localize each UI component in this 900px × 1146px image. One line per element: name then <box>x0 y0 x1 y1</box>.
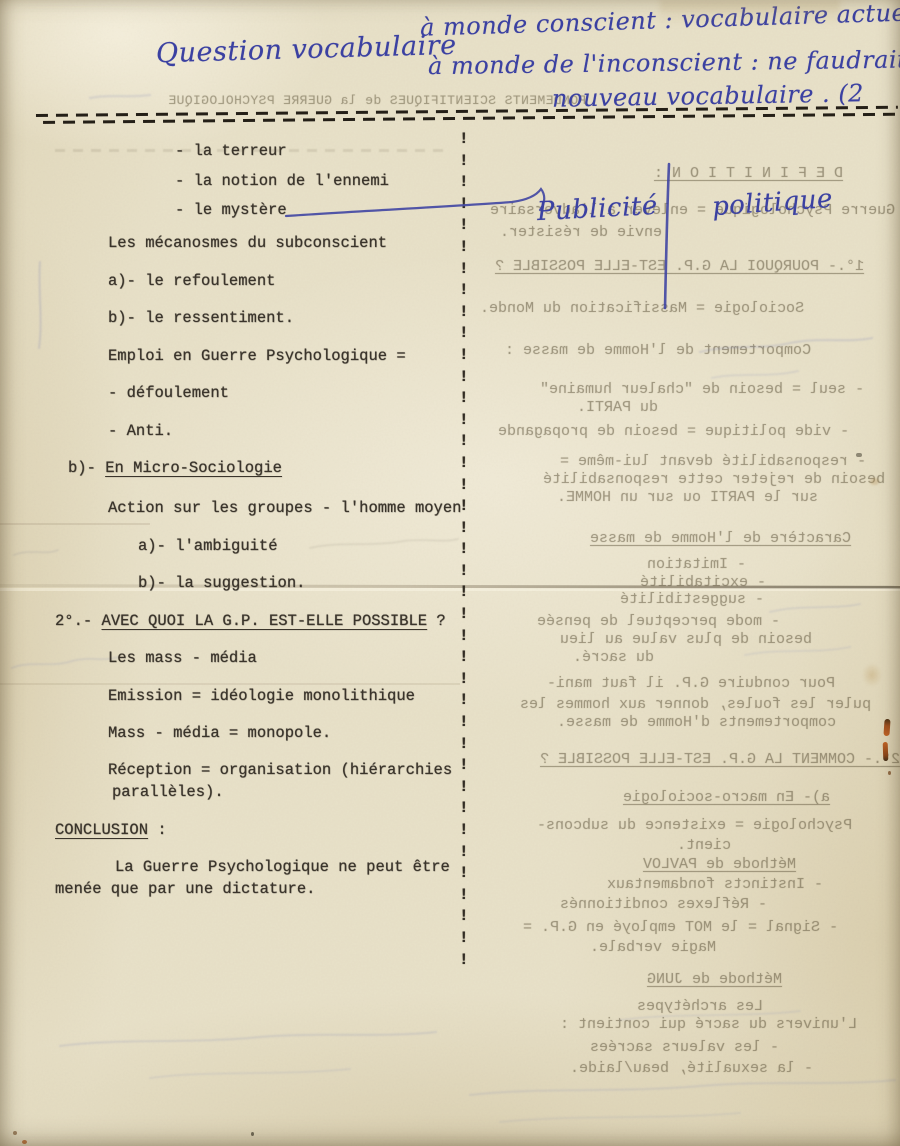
paper-grain <box>0 0 900 1146</box>
scanned-document-page: FONDEMENTS SCIENTIFIQUES de la GUERRE PS… <box>0 0 900 1146</box>
